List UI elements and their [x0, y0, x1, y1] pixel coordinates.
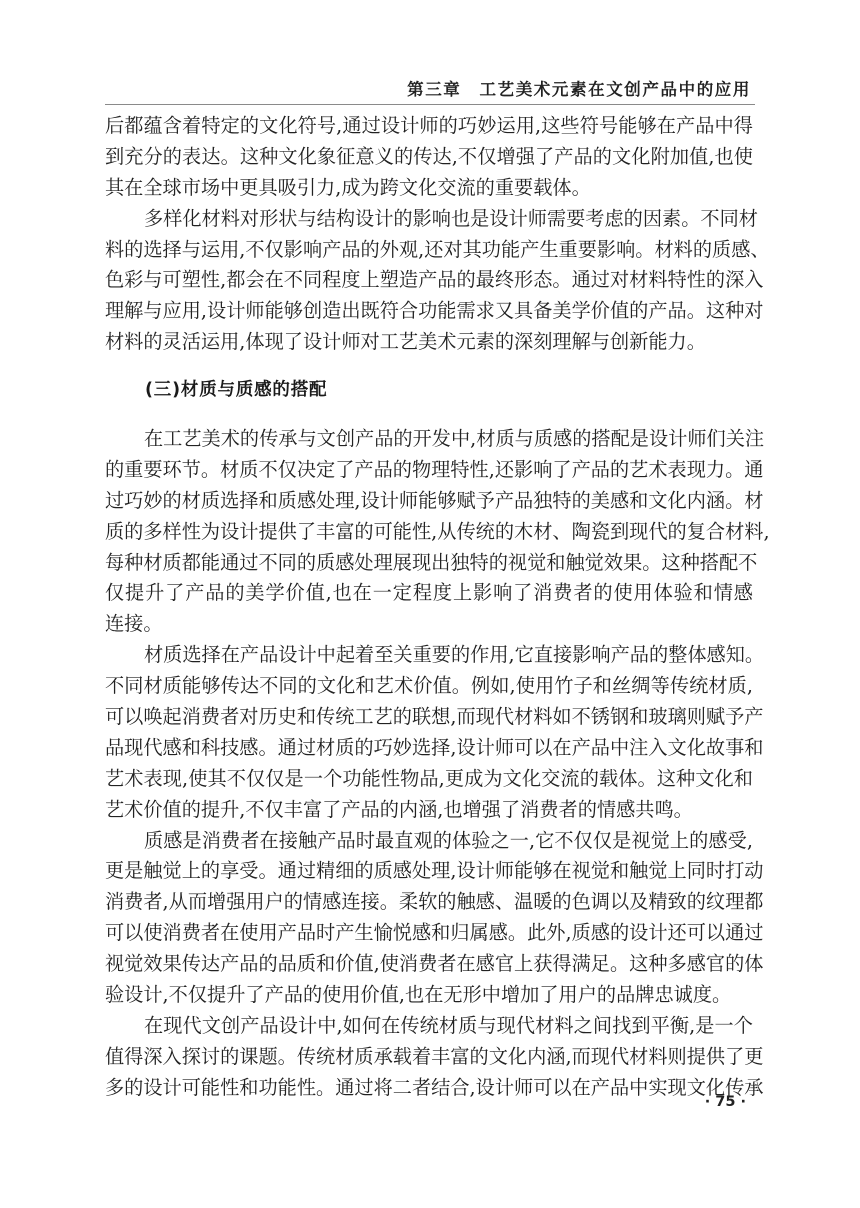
text-line: 理解与应用,设计师能够创造出既符合功能需求又具备美学价值的产品。这种对 [105, 296, 753, 327]
text-line: 过巧妙的材质选择和质感处理,设计师能够赋予产品独特的美感和文化内涵。材 [105, 486, 753, 517]
section-heading: (三)材质与质感的搭配 [145, 376, 327, 401]
text-line: 不同材质能够传达不同的文化和艺术价值。例如,使用竹子和丝绸等传统材质, [105, 671, 753, 702]
text-line: 的重要环节。材质不仅决定了产品的物理特性,还影响了产品的艺术表现力。通 [105, 455, 753, 486]
text-line: 每种材质都能通过不同的质感处理展现出独特的视觉和触觉效果。这种搭配不 [105, 548, 753, 579]
text-line: 视觉效果传达产品的品质和价值,使消费者在感官上获得满足。这种多感官的体 [105, 949, 753, 980]
text-line: 其在全球市场中更具吸引力,成为跨文化交流的重要载体。 [105, 173, 753, 204]
text-line: 在工艺美术的传承与文创产品的开发中,材质与质感的搭配是设计师们关注 [105, 424, 753, 455]
text-line: 质的多样性为设计提供了丰富的可能性,从传统的木材、陶瓷到现代的复合材料, [105, 517, 753, 548]
text-line: 质感是消费者在接触产品时最直观的体验之一,它不仅仅是视觉上的感受, [105, 826, 753, 857]
text-line: 多样化材料对形状与结构设计的影响也是设计师需要考虑的因素。不同材 [105, 204, 753, 235]
top-text-block: 后都蕴含着特定的文化符号,通过设计师的巧妙运用,这些符号能够在产品中得 到充分的… [105, 111, 753, 358]
text-line: 在现代文创产品设计中,如何在传统材质与现代材料之间找到平衡,是一个 [105, 1011, 753, 1042]
bottom-text-block: 在工艺美术的传承与文创产品的开发中,材质与质感的搭配是设计师们关注 的重要环节。… [105, 424, 753, 1104]
text-line: 品现代感和科技感。通过材质的巧妙选择,设计师可以在产品中注入文化故事和 [105, 733, 753, 764]
chapter-title: 第三章 工艺美术元素在文创产品中的应用 [407, 76, 751, 100]
text-line: 值得深入探讨的课题。传统材质承载着丰富的文化内涵,而现代材料则提供了更 [105, 1042, 753, 1073]
text-line: 验设计,不仅提升了产品的使用价值,也在无形中增加了用户的品牌忠诚度。 [105, 980, 753, 1011]
text-line: 艺术表现,使其不仅仅是一个功能性物品,更成为文化交流的载体。这种文化和 [105, 764, 753, 795]
text-line: 连接。 [105, 609, 753, 640]
text-line: 多的设计可能性和功能性。通过将二者结合,设计师可以在产品中实现文化传承 [105, 1073, 753, 1104]
text-line: 材质选择在产品设计中起着至关重要的作用,它直接影响产品的整体感知。 [105, 640, 753, 671]
text-line: 材料的灵活运用,体现了设计师对工艺美术元素的深刻理解与创新能力。 [105, 327, 753, 358]
text-line: 更是触觉上的享受。通过精细的质感处理,设计师能够在视觉和触觉上同时打动 [105, 856, 753, 887]
text-line: 到充分的表达。这种文化象征意义的传达,不仅增强了产品的文化附加值,也使 [105, 142, 753, 173]
text-line: 艺术价值的提升,不仅丰富了产品的内涵,也增强了消费者的情感共鸣。 [105, 795, 753, 826]
page-number: · 75 · [705, 1094, 746, 1110]
text-line: 可以唤起消费者对历史和传统工艺的联想,而现代材料如不锈钢和玻璃则赋予产 [105, 702, 753, 733]
text-line: 仅提升了产品的美学价值,也在一定程度上影响了消费者的使用体验和情感 [105, 578, 753, 609]
running-header: 第三章 工艺美术元素在文创产品中的应用 [105, 74, 755, 105]
text-line: 料的选择与运用,不仅影响产品的外观,还对其功能产生重要影响。材料的质感、 [105, 235, 753, 266]
text-line: 色彩与可塑性,都会在不同程度上塑造产品的最终形态。通过对材料特性的深入 [105, 265, 753, 296]
text-line: 消费者,从而增强用户的情感连接。柔软的触感、温暖的色调以及精致的纹理都 [105, 887, 753, 918]
text-line: 可以使消费者在使用产品时产生愉悦感和归属感。此外,质感的设计还可以通过 [105, 918, 753, 949]
text-line: 后都蕴含着特定的文化符号,通过设计师的巧妙运用,这些符号能够在产品中得 [105, 111, 753, 142]
